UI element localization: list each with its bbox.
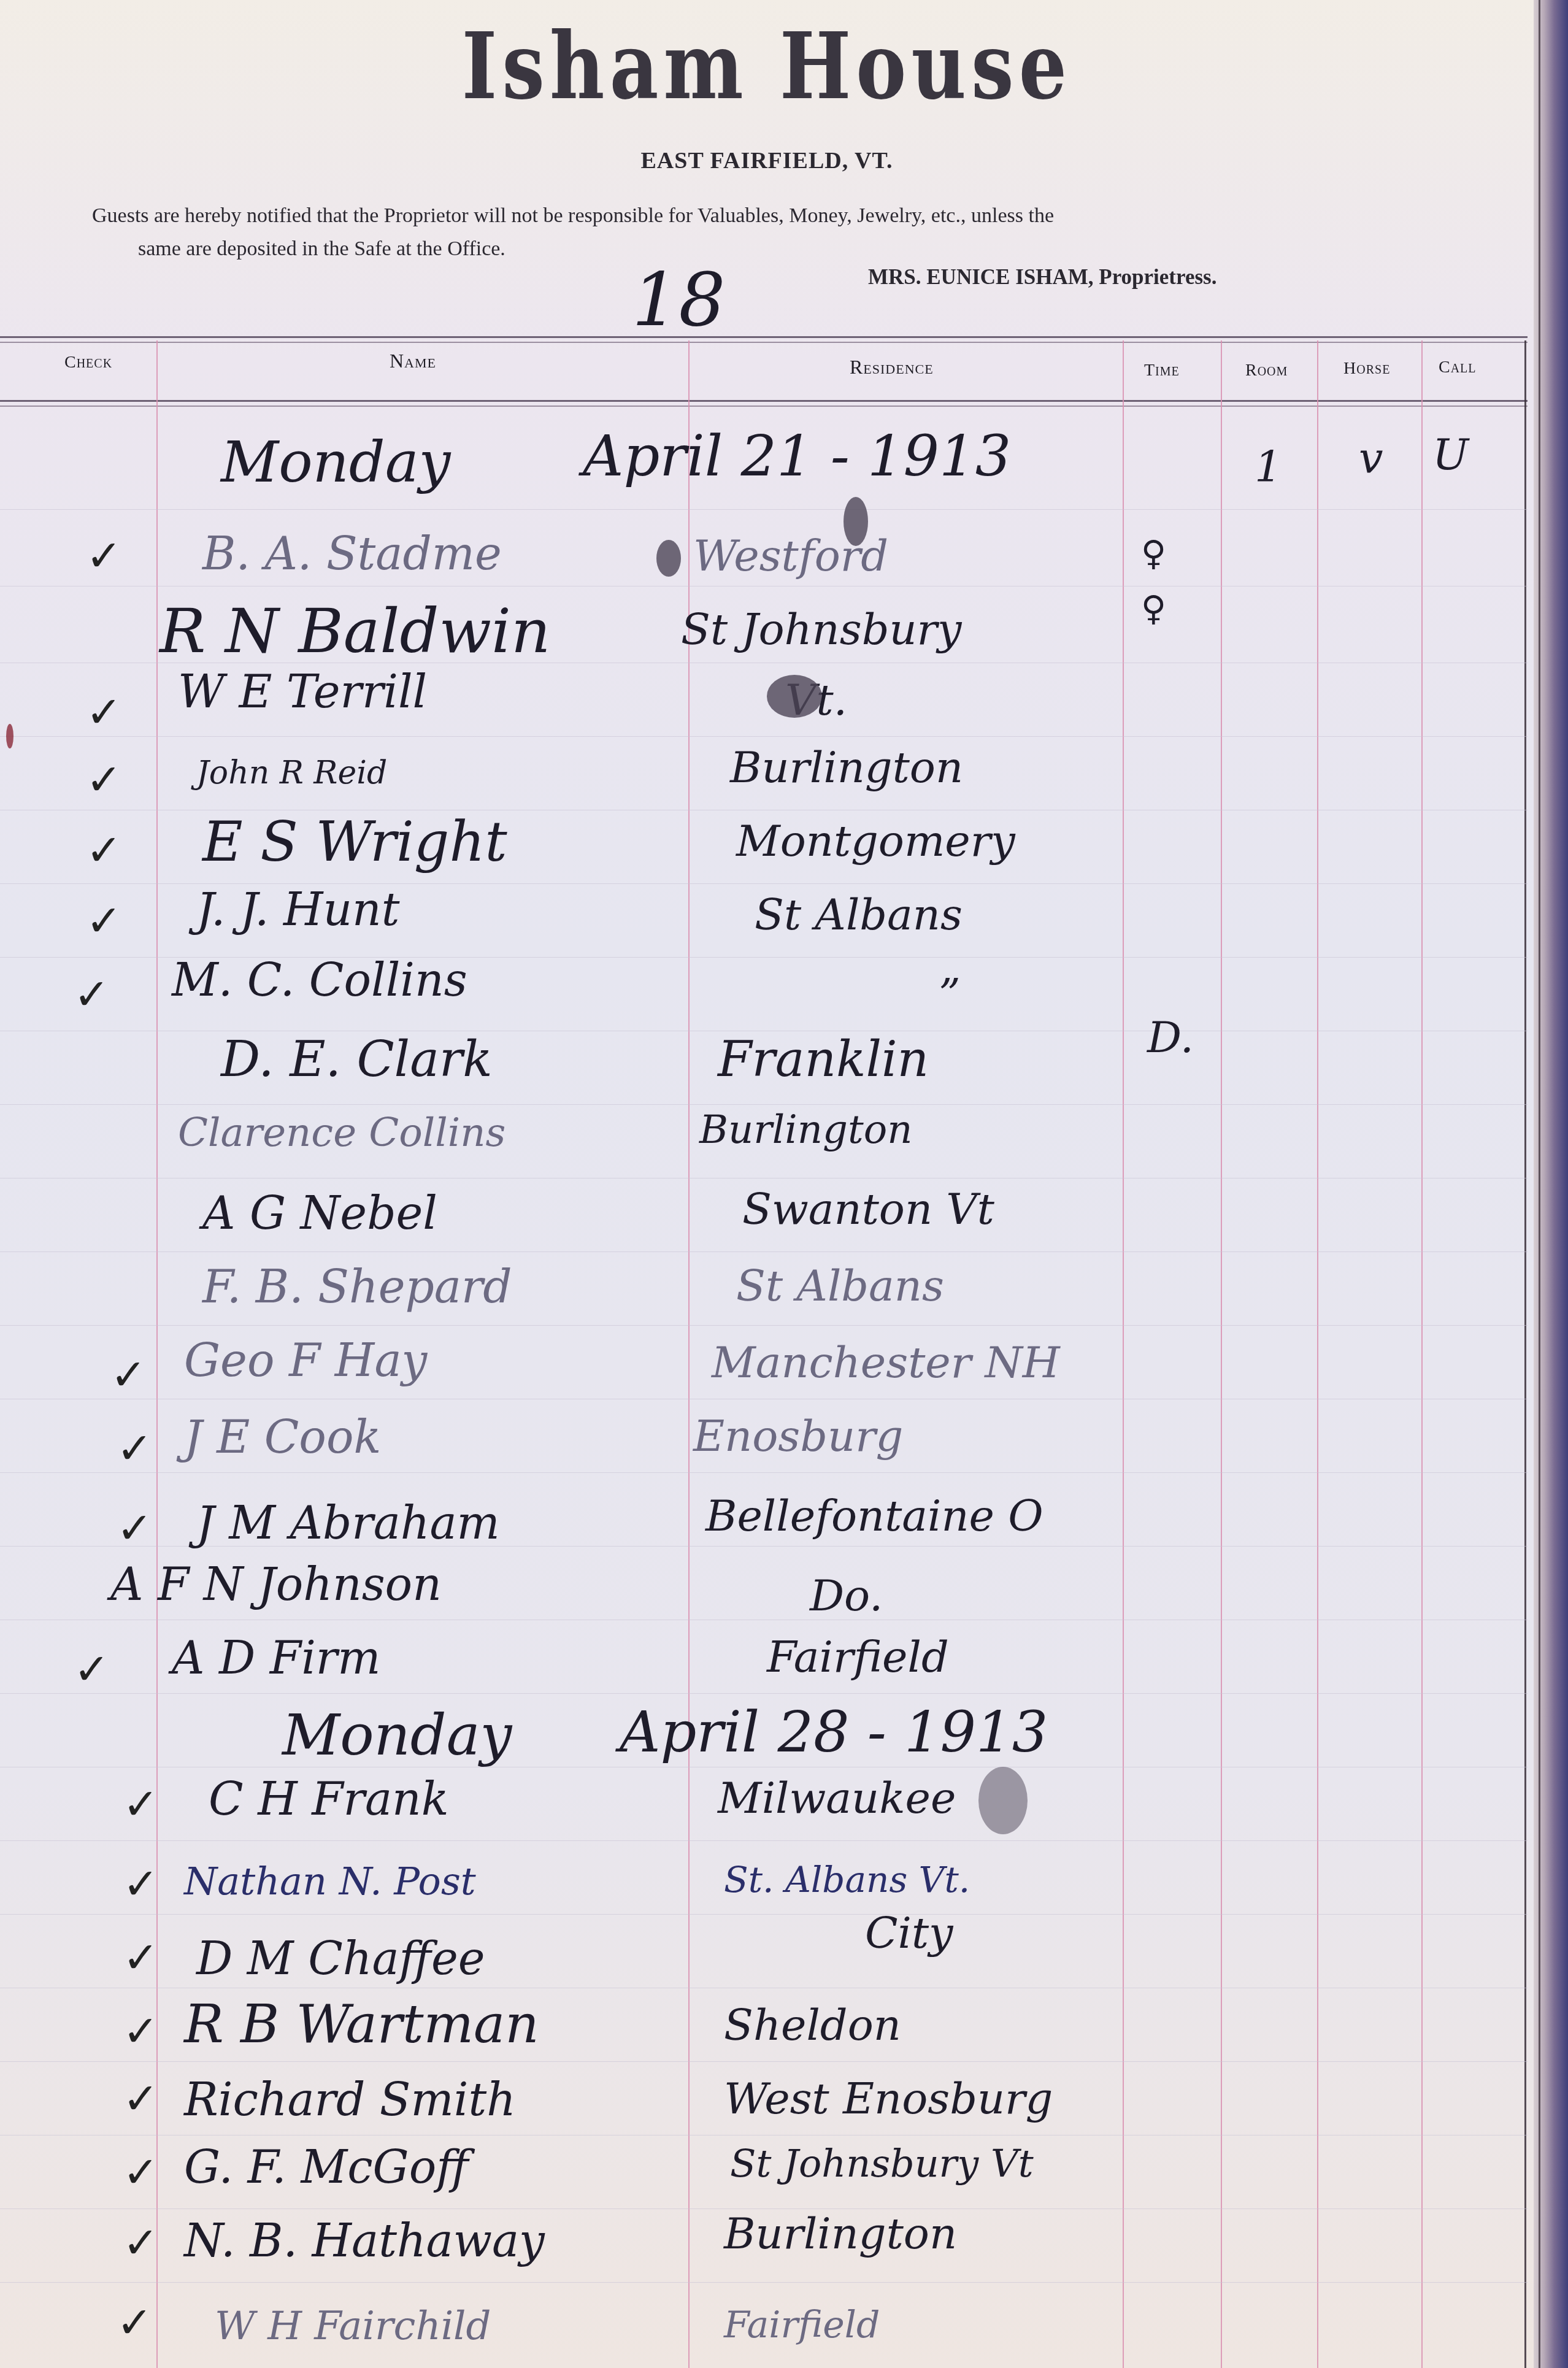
guest-name: J. J. Hunt	[196, 883, 400, 936]
check-mark: ✓	[123, 1779, 159, 1829]
proprietress-line: MRS. EUNICE ISHAM, Proprietress.	[868, 265, 1216, 290]
hotel-title: Isham House	[138, 12, 1396, 120]
page-border	[1524, 340, 1526, 2368]
room-number: 1	[1255, 442, 1282, 492]
ink-blot	[6, 724, 13, 748]
guest-name: A G Nebel	[202, 1187, 437, 1240]
ink-blot	[978, 1767, 1028, 1834]
check-mark: ✓	[123, 1932, 159, 1983]
check-mark: ✓	[86, 896, 122, 946]
guest-name: R N Baldwin	[159, 595, 550, 667]
guest-name: F. B. Shepard	[202, 1261, 512, 1313]
column-header-residence: Residence	[850, 356, 934, 379]
notice-line-1: Guests are hereby notified that the Prop…	[92, 204, 1054, 227]
guest-residence: Bellefontaine O	[705, 1491, 1043, 1541]
check-mark: ✓	[110, 1350, 147, 1400]
guest-residence: St Albans	[736, 1261, 944, 1311]
guest-residence: West Enosburg	[724, 2074, 1053, 2124]
header-top-rule	[0, 336, 1528, 343]
column-header-horse: Horse	[1343, 359, 1390, 379]
column-header-room: Room	[1245, 361, 1288, 380]
guest-name: C H Frank	[209, 1773, 449, 1826]
ink-blot	[844, 497, 868, 546]
hotel-location: EAST FAIRFIELD, VT.	[0, 147, 1534, 174]
guest-name: N. B. Hathaway	[184, 2215, 545, 2267]
time-mark: ♀	[1141, 534, 1166, 574]
guest-residence: St Johnsbury	[681, 604, 962, 655]
check-mark: ✓	[86, 755, 122, 805]
column-divider	[1221, 340, 1222, 2368]
guest-residence: Fairfield	[724, 2304, 880, 2347]
date-header-date: April 28 - 1913	[620, 1699, 1048, 1765]
page-edge-line	[1539, 0, 1540, 2368]
check-mark: ✓	[117, 1503, 153, 1553]
guest-name: B. A. Stadme	[202, 528, 502, 580]
guest-residence: ”	[939, 969, 961, 1020]
guest-residence: St. Albans Vt.	[724, 1859, 970, 1901]
date-header-day: Monday	[282, 1702, 512, 1768]
guest-residence: Milwaukee	[718, 1773, 956, 1823]
guest-residence: Burlington	[730, 742, 963, 793]
guest-residence: St Albans	[755, 890, 963, 940]
column-header-check: Check	[64, 353, 112, 372]
guest-residence: Montgomery	[736, 816, 1015, 866]
guest-name: D M Chaffee	[196, 1932, 485, 1985]
guest-residence: St Johnsbury Vt	[730, 2141, 1034, 2186]
guest-name: Richard Smith	[184, 2074, 516, 2126]
guest-residence: City	[865, 1908, 953, 1958]
register-page: Isham House EAST FAIRFIELD, VT. Guests a…	[0, 0, 1534, 2368]
column-header-time: Time	[1144, 361, 1180, 380]
guest-name: J M Abraham	[196, 1497, 500, 1550]
guest-residence: Swanton Vt	[742, 1184, 994, 1234]
check-mark: ✓	[123, 2147, 159, 2197]
guest-name: A F N Johnson	[110, 1558, 442, 1611]
date-header-date: April 21 - 1913	[583, 423, 1011, 489]
check-mark: ✓	[86, 825, 122, 875]
check-mark: ✓	[86, 531, 122, 581]
horse-mark: v	[1359, 432, 1383, 483]
guest-residence: Burlington	[699, 1107, 912, 1153]
check-mark: ✓	[74, 1644, 110, 1694]
guest-name: Nathan N. Post	[184, 1859, 476, 1904]
guest-name: W H Fairchild	[215, 2304, 491, 2349]
residence-note: D.	[1147, 1012, 1194, 1063]
column-divider	[1421, 340, 1423, 2368]
check-mark: ✓	[86, 687, 122, 737]
liability-notice: Guests are hereby notified that the Prop…	[92, 199, 1429, 266]
check-mark: ✓	[117, 1423, 153, 1474]
guest-name: Geo F Hay	[184, 1334, 427, 1387]
guest-residence: Burlington	[724, 2208, 957, 2259]
guest-name: E S Wright	[202, 810, 507, 874]
guest-residence: Enosburg	[693, 1411, 903, 1461]
column-divider	[1317, 340, 1318, 2368]
time-mark: ♀	[1141, 589, 1166, 629]
column-header-call: Call	[1439, 358, 1477, 377]
check-mark: ✓	[123, 2006, 159, 2056]
guest-name: Clarence Collins	[178, 1110, 505, 1156]
notice-line-2: same are deposited in the Safe at the Of…	[92, 233, 1429, 266]
guest-name: J E Cook	[184, 1411, 381, 1464]
column-divider	[156, 340, 158, 2368]
guest-name: W E Terrill	[178, 666, 427, 718]
guest-name: G. F. McGoff	[184, 2141, 469, 2194]
column-divider	[1123, 340, 1124, 2368]
guest-name: R B Wartman	[184, 1994, 539, 2055]
guest-residence: Do.	[810, 1570, 883, 1621]
handwritten-year-prefix: 18	[632, 258, 726, 343]
column-header-name: Name	[390, 350, 436, 372]
guest-residence: Manchester NH	[712, 1337, 1060, 1388]
call-mark: U	[1432, 429, 1469, 480]
check-mark: ✓	[123, 2218, 159, 2268]
guest-residence: Franklin	[718, 1031, 929, 1088]
check-mark: ✓	[74, 969, 110, 1020]
date-header-day: Monday	[221, 429, 451, 495]
ink-blot	[656, 540, 681, 577]
guest-name: A D Firm	[172, 1632, 380, 1685]
guest-name: John R Reid	[196, 755, 387, 791]
guest-name: D. E. Clark	[221, 1031, 493, 1088]
check-mark: ✓	[117, 2297, 153, 2348]
guest-residence: Fairfield	[767, 1632, 949, 1682]
check-mark: ✓	[123, 2074, 159, 2124]
header-bottom-rule	[0, 400, 1528, 407]
ink-blot	[767, 675, 822, 718]
guest-name: M. C. Collins	[172, 954, 467, 1007]
guest-residence: Sheldon	[724, 2000, 901, 2050]
check-mark: ✓	[123, 1859, 159, 1909]
